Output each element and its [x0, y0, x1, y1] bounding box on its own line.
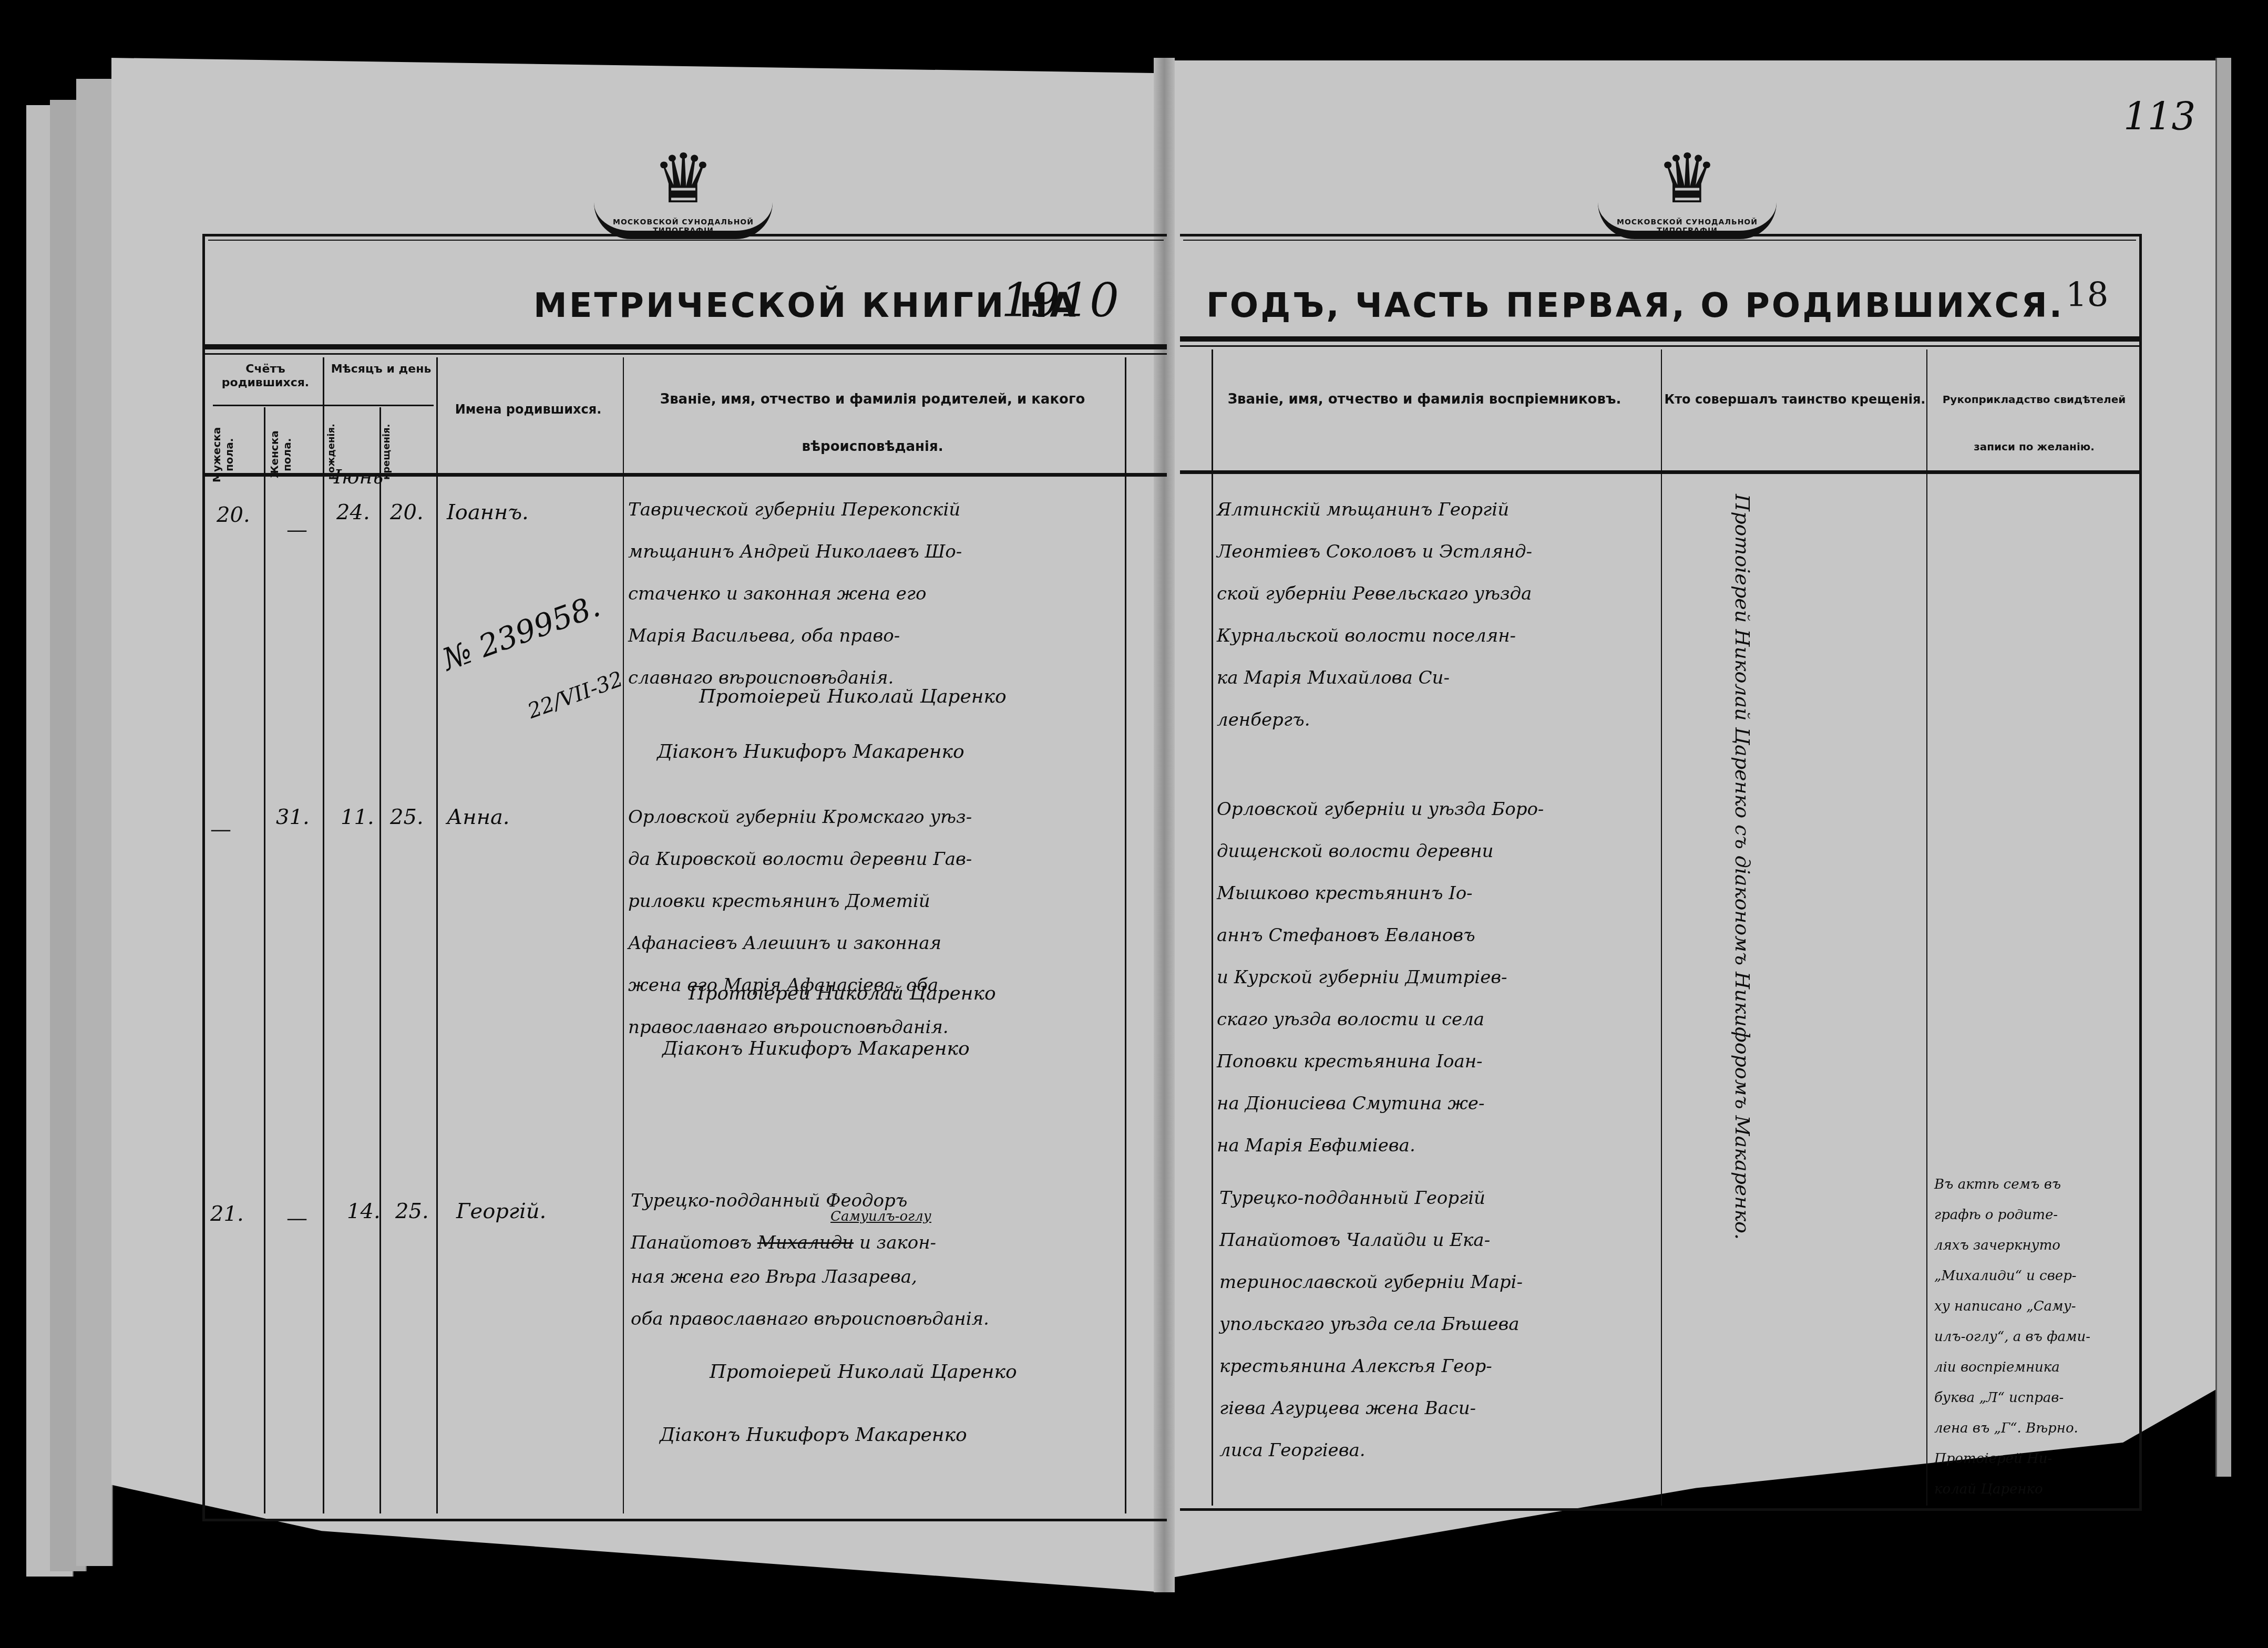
entry-3-male-no: 21.: [210, 1203, 244, 1224]
entry-3-parents-correction: Самуилъ-оглу: [830, 1209, 931, 1224]
entry-2-parents: Орловской губерніи Кромскаго уѣз- да Кир…: [628, 796, 1122, 1048]
title-year: 1910: [1001, 273, 1119, 327]
entry-3-parents-line2: Панайотовъ Михалиди и закон-: [631, 1232, 936, 1253]
entry-3-witness-note: Въ актѣ семъ въ графѣ о родите- ляхъ зач…: [1934, 1169, 2139, 1505]
header-count-female: Женска пола.: [268, 415, 321, 494]
entry-2-female-no: 31.: [276, 807, 310, 828]
header-count-male: Мужеска пола.: [210, 415, 263, 494]
column-line: [1125, 357, 1126, 1513]
performed-by-text: Протоіерей Николай Царенко съ діакономъ …: [1727, 494, 1758, 1492]
page-stack-edge: [76, 79, 113, 1566]
header-performed-by: Кто совершалъ таинство крещенія.: [1664, 376, 1926, 423]
header-bottom-rule: [1180, 470, 2139, 474]
ribbon-text: МОСКОВСКОЙ СУНОДАЛЬНОЙ ТИПОГРАФІИ: [1598, 218, 1777, 235]
column-line: [264, 407, 265, 1513]
header-rule: [1180, 345, 2139, 347]
column-line: [436, 357, 438, 1513]
entry-3-born: 14.: [347, 1201, 381, 1222]
entry-3-parents-struck-surname: Михалиди: [757, 1232, 854, 1253]
column-line: [1661, 349, 1662, 1506]
title-right: ГОДЪ, ЧАСТЬ ПЕРВАЯ, О РОДИВШИХСЯ.: [1206, 286, 2064, 325]
header-godparents: Званіе, имя, отчество и фамилія воспріем…: [1214, 376, 1635, 423]
entry-2-born: 11.: [341, 807, 374, 828]
column-line: [323, 357, 324, 1513]
entry-3-name: Георгій.: [456, 1201, 546, 1222]
sheet-number: 18: [2066, 276, 2108, 315]
entry-1-name: Іоаннъ.: [447, 502, 529, 523]
header-date-baptism: крещенія.: [381, 415, 434, 489]
entry-3-parents-rest: ная жена его Вѣра Лазарева, оба правосла…: [631, 1256, 1125, 1340]
entry-1-baptized: 20.: [390, 502, 424, 523]
header-names: Имена родившихся.: [439, 402, 618, 417]
entry-1-godparents: Ялтинскій мѣщанинъ Георгій Леонтіевъ Сок…: [1217, 489, 1658, 741]
entry-3-female-no: —: [286, 1206, 307, 1230]
entry-2-baptized: 25.: [390, 807, 424, 828]
entry-3-godparents: Турецко-подданный Георгій Панайотовъ Чал…: [1219, 1177, 1661, 1471]
entry-1-male-no: 20.: [217, 504, 250, 526]
entry-3-priest-signature: Протоіерей Николай Царенко: [710, 1361, 1017, 1383]
title-left: МЕТРИЧЕСКОЙ КНИГИ НА: [533, 286, 1078, 325]
column-line: [2139, 234, 2141, 1511]
column-line: [379, 407, 381, 1513]
entry-1-priest-signature: Протоіерей Николай Царенко: [699, 686, 1007, 707]
right-page-edge: [2215, 58, 2231, 1477]
entry-2-male-no: —: [210, 817, 231, 841]
entry-1-parents: Таврической губерніи Перекопскій мѣщанин…: [628, 489, 1122, 699]
open-register-book: 113 ♛ МОСКОВСКОЙ СУНОДАЛЬНОЙ ТИПОГРАФІИ …: [0, 0, 2268, 1648]
entry-3-parents-patronymic: Панайотовъ: [631, 1232, 752, 1253]
column-line: [1212, 349, 1213, 1506]
header-rule: [205, 344, 1167, 349]
entry-1-born: 24.: [336, 502, 370, 523]
entry-3-parents-line1: Турецко-подданный Феодоръ: [631, 1190, 907, 1211]
header-bottom-rule: [205, 473, 1167, 477]
entry-1-deacon-signature: Діаконъ Никифоръ Макаренко: [657, 741, 964, 763]
month-handwritten: Іюнь: [334, 465, 383, 488]
header-rule: [1180, 336, 2139, 342]
imperial-eagle-emblem-left: ♛ МОСКОВСКОЙ СУНОДАЛЬНОЙ ТИПОГРАФІИ: [594, 139, 773, 244]
entry-3-deacon-signature: Діаконъ Никифоръ Макаренко: [660, 1424, 967, 1446]
folio-number: 113: [2123, 95, 2195, 139]
header-rule: [205, 353, 1167, 355]
entry-1-female-no: —: [286, 518, 307, 542]
column-line: [623, 357, 624, 1513]
entry-2-godparents: Орловской губерніи и уѣзда Боро- дищенск…: [1217, 788, 1658, 1167]
entry-3-baptized: 25.: [395, 1201, 429, 1222]
entry-3-parents-line2-suffix: и закон-: [859, 1232, 936, 1253]
entry-2-name: Анна.: [447, 807, 510, 828]
ribbon-text: МОСКОВСКОЙ СУНОДАЛЬНОЙ ТИПОГРАФІИ: [594, 218, 773, 235]
header-date-group: Мѣсяцъ и день: [326, 363, 436, 376]
column-line: [1926, 349, 1927, 1506]
entry-2-priest-signature: Протоіерей Николай Царенко: [689, 983, 996, 1004]
entry-2-deacon-signature: Діаконъ Никифоръ Макаренко: [662, 1038, 970, 1059]
header-count-group: Счётъ родившихся.: [210, 363, 321, 390]
header-witnesses: Рукоприкладство свидѣтелей записи по жел…: [1929, 376, 2139, 470]
header-parents: Званіе, имя, отчество и фамилія родителе…: [625, 376, 1120, 470]
imperial-eagle-emblem-right: ♛ МОСКОВСКОЙ СУНОДАЛЬНОЙ ТИПОГРАФІИ: [1598, 139, 1777, 244]
